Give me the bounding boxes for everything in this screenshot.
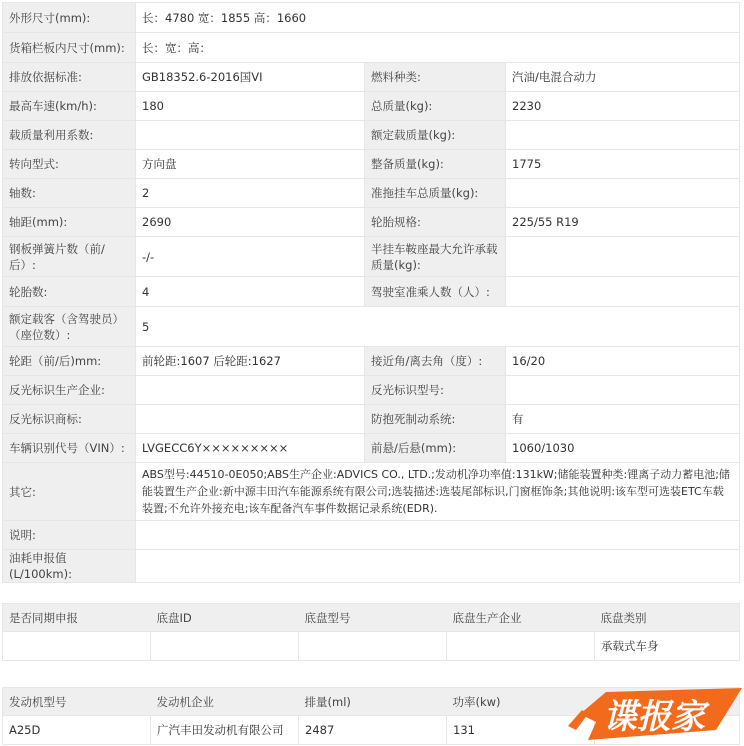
header-chassis-model: 底盘型号 [299, 604, 447, 632]
label-fuel-type: 燃料种类: [365, 63, 506, 92]
label-wheelbase: 轴距(mm): [3, 208, 136, 237]
cell-engine-maker: 广汽丰田发动机有限公司 [151, 716, 299, 745]
label-curb-weight: 整备质量(kg): [365, 150, 506, 179]
value-steering-type: 方向盘 [136, 150, 365, 179]
label-cab-capacity: 驾驶室准乘人数（人）: [365, 277, 506, 307]
value-abs: 有 [506, 405, 740, 434]
chassis-table: 是否同期申报 底盘ID 底盘型号 底盘生产企业 底盘类别 承载式车身 [2, 603, 740, 661]
label-overhang: 前悬/后悬(mm): [365, 434, 506, 463]
cell-engine-model: A25D [3, 716, 151, 745]
label-seating: 额定载客（含驾驶员）（座位数）: [3, 307, 136, 347]
watermark-logo: 谍报家 [566, 686, 744, 744]
value-leaf-springs: -/- [136, 237, 365, 277]
value-fuel-type: 汽油/电混合动力 [506, 63, 740, 92]
label-cargo-box: 货箱栏板内尺寸(mm): [3, 33, 136, 63]
value-gross-mass: 2230 [506, 92, 740, 121]
chassis-header-row: 是否同期申报 底盘ID 底盘型号 底盘生产企业 底盘类别 [3, 604, 740, 632]
value-cargo-box: 长：宽：高： [136, 33, 740, 63]
label-trailer-mass: 准拖挂车总质量(kg): [365, 179, 506, 208]
value-wheelbase: 2690 [136, 208, 365, 237]
value-cab-capacity [506, 277, 740, 307]
spec-row: 轴距(mm): 2690 轮胎规格: 225/55 R19 [3, 208, 740, 237]
label-axle-count: 轴数: [3, 179, 136, 208]
label-reflector-maker: 反光标识生产企业: [3, 376, 136, 405]
spec-row: 钢板弹簧片数（前/后）: -/- 半挂车鞍座最大允许承载质量(kg): [3, 237, 740, 277]
cell-chassis-model [299, 632, 447, 661]
value-track: 前轮距:1607 后轮距:1627 [136, 347, 365, 376]
cell-chassis-id [151, 632, 299, 661]
label-fuel-consumption: 油耗申报值(L/100km): [3, 550, 136, 583]
spec-row-notes: 说明: [3, 521, 740, 550]
label-other: 其它: [3, 463, 136, 521]
value-notes [136, 521, 740, 550]
spec-row: 轴数: 2 准拖挂车总质量(kg): [3, 179, 740, 208]
spec-row-dimensions: 外形尺寸(mm): 长：4780 宽：1855 高：1660 [3, 3, 740, 33]
value-saddle-load [506, 237, 740, 277]
label-emission-standard: 排放依据标准: [3, 63, 136, 92]
label-abs: 防抱死制动系统: [365, 405, 506, 434]
value-tire-spec: 225/55 R19 [506, 208, 740, 237]
cell-chassis-type: 承载式车身 [595, 632, 740, 661]
spec-row-fuel-consumption: 油耗申报值(L/100km): [3, 550, 740, 583]
header-engine-model: 发动机型号 [3, 688, 151, 716]
table-row: 承载式车身 [3, 632, 740, 661]
label-notes: 说明: [3, 521, 136, 550]
spec-row-cargo-box: 货箱栏板内尺寸(mm): 长：宽：高： [3, 33, 740, 63]
header-chassis-type: 底盘类别 [595, 604, 740, 632]
header-engine-maker: 发动机企业 [151, 688, 299, 716]
spec-row: 最高车速(km/h): 180 总质量(kg): 2230 [3, 92, 740, 121]
label-saddle-load: 半挂车鞍座最大允许承载质量(kg): [365, 237, 506, 277]
label-load-utilization: 载质量利用系数: [3, 121, 136, 150]
label-reflector-model: 反光标识型号: [365, 376, 506, 405]
value-load-utilization [136, 121, 365, 150]
label-leaf-springs: 钢板弹簧片数（前/后）: [3, 237, 136, 277]
label-approach-departure: 接近角/离去角（度）: [365, 347, 506, 376]
spec-row-seating: 额定载客（含驾驶员）（座位数）: 5 [3, 307, 740, 347]
value-fuel-consumption [136, 550, 740, 583]
label-gross-mass: 总质量(kg): [365, 92, 506, 121]
spec-row: 载质量利用系数: 额定载质量(kg): [3, 121, 740, 150]
value-dimensions: 长：4780 宽：1855 高：1660 [136, 3, 740, 33]
value-emission-standard: GB18352.6-2016国VI [136, 63, 365, 92]
value-reflector-brand [136, 405, 365, 434]
value-vin: LVGECC6Y××××××××× [136, 434, 365, 463]
label-vin: 车辆识别代号（VIN）: [3, 434, 136, 463]
spec-row: 反光标识商标: 防抱死制动系统: 有 [3, 405, 740, 434]
header-chassis-maker: 底盘生产企业 [447, 604, 595, 632]
spec-row: 转向型式: 方向盘 整备质量(kg): 1775 [3, 150, 740, 179]
value-other: ABS型号:44510-0E050;ABS生产企业:ADVICS CO., LT… [136, 463, 740, 521]
label-track: 轮距（前/后)mm: [3, 347, 136, 376]
value-trailer-mass [506, 179, 740, 208]
value-approach-departure: 16/20 [506, 347, 740, 376]
spec-row: 车辆识别代号（VIN）: LVGECC6Y××××××××× 前悬/后悬(mm)… [3, 434, 740, 463]
value-rated-load [506, 121, 740, 150]
watermark-logo-icon: 谍报家 [566, 686, 744, 744]
value-tire-count: 4 [136, 277, 365, 307]
spec-row: 轮胎数: 4 驾驶室准乘人数（人）: [3, 277, 740, 307]
value-max-speed: 180 [136, 92, 365, 121]
label-tire-spec: 轮胎规格: [365, 208, 506, 237]
cell-chassis-maker [447, 632, 595, 661]
value-overhang: 1060/1030 [506, 434, 740, 463]
spec-row: 轮距（前/后)mm: 前轮距:1607 后轮距:1627 接近角/离去角（度）:… [3, 347, 740, 376]
spec-row: 反光标识生产企业: 反光标识型号: [3, 376, 740, 405]
spec-row: 排放依据标准: GB18352.6-2016国VI 燃料种类: 汽油/电混合动力 [3, 63, 740, 92]
vehicle-spec-table: 外形尺寸(mm): 长：4780 宽：1855 高：1660 货箱栏板内尺寸(m… [2, 2, 740, 583]
label-max-speed: 最高车速(km/h): [3, 92, 136, 121]
value-reflector-model [506, 376, 740, 405]
watermark-text: 谍报家 [603, 697, 710, 737]
label-steering-type: 转向型式: [3, 150, 136, 179]
header-chassis-id: 底盘ID [151, 604, 299, 632]
label-rated-load: 额定载质量(kg): [365, 121, 506, 150]
label-reflector-brand: 反光标识商标: [3, 405, 136, 434]
spec-row-other: 其它: ABS型号:44510-0E050;ABS生产企业:ADVICS CO.… [3, 463, 740, 521]
header-same-period: 是否同期申报 [3, 604, 151, 632]
label-tire-count: 轮胎数: [3, 277, 136, 307]
cell-displacement: 2487 [299, 716, 447, 745]
value-curb-weight: 1775 [506, 150, 740, 179]
header-displacement: 排量(ml) [299, 688, 447, 716]
value-reflector-maker [136, 376, 365, 405]
cell-same-period [3, 632, 151, 661]
value-seating: 5 [136, 307, 740, 347]
value-axle-count: 2 [136, 179, 365, 208]
label-dimensions: 外形尺寸(mm): [3, 3, 136, 33]
